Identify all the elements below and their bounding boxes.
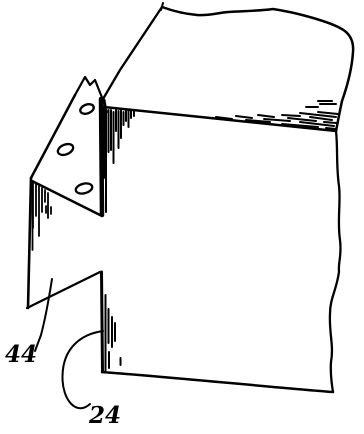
bracket-top-edge (31, 95, 75, 178)
panel-bottom-edge (102, 372, 333, 392)
hatching-front-face (104, 108, 134, 212)
reference-label-44: 44 (5, 341, 37, 368)
hatching-bracket-leg (33, 182, 52, 250)
panel-right-edge (330, 131, 341, 392)
hatching-bottom-left-edge (106, 295, 121, 371)
mounting-holes (56, 102, 95, 195)
patent-figure-drawing: 44 24 (0, 0, 364, 434)
bracket-corner-notch (75, 77, 103, 100)
panel-top-edge (162, 7, 340, 28)
bracket-right-edge (101, 99, 102, 215)
bracket-leg-left-edge (28, 178, 31, 308)
mounting-hole-bottom (75, 182, 94, 195)
shading-hatches (33, 101, 339, 371)
mounting-hole-top (79, 102, 95, 115)
panel-front-left-edge (102, 272, 103, 372)
reference-label-24: 24 (88, 402, 121, 429)
panel-top-face-left-edge (103, 7, 162, 99)
panel-top-right-curve (336, 28, 353, 131)
patent-figure: 44 24 (0, 0, 364, 434)
leader-line-44 (35, 279, 52, 351)
panel-step-edge (27, 272, 100, 308)
panel-outline (27, 3, 353, 392)
mounting-hole-middle (56, 142, 75, 157)
leader-line-24 (62, 331, 103, 408)
